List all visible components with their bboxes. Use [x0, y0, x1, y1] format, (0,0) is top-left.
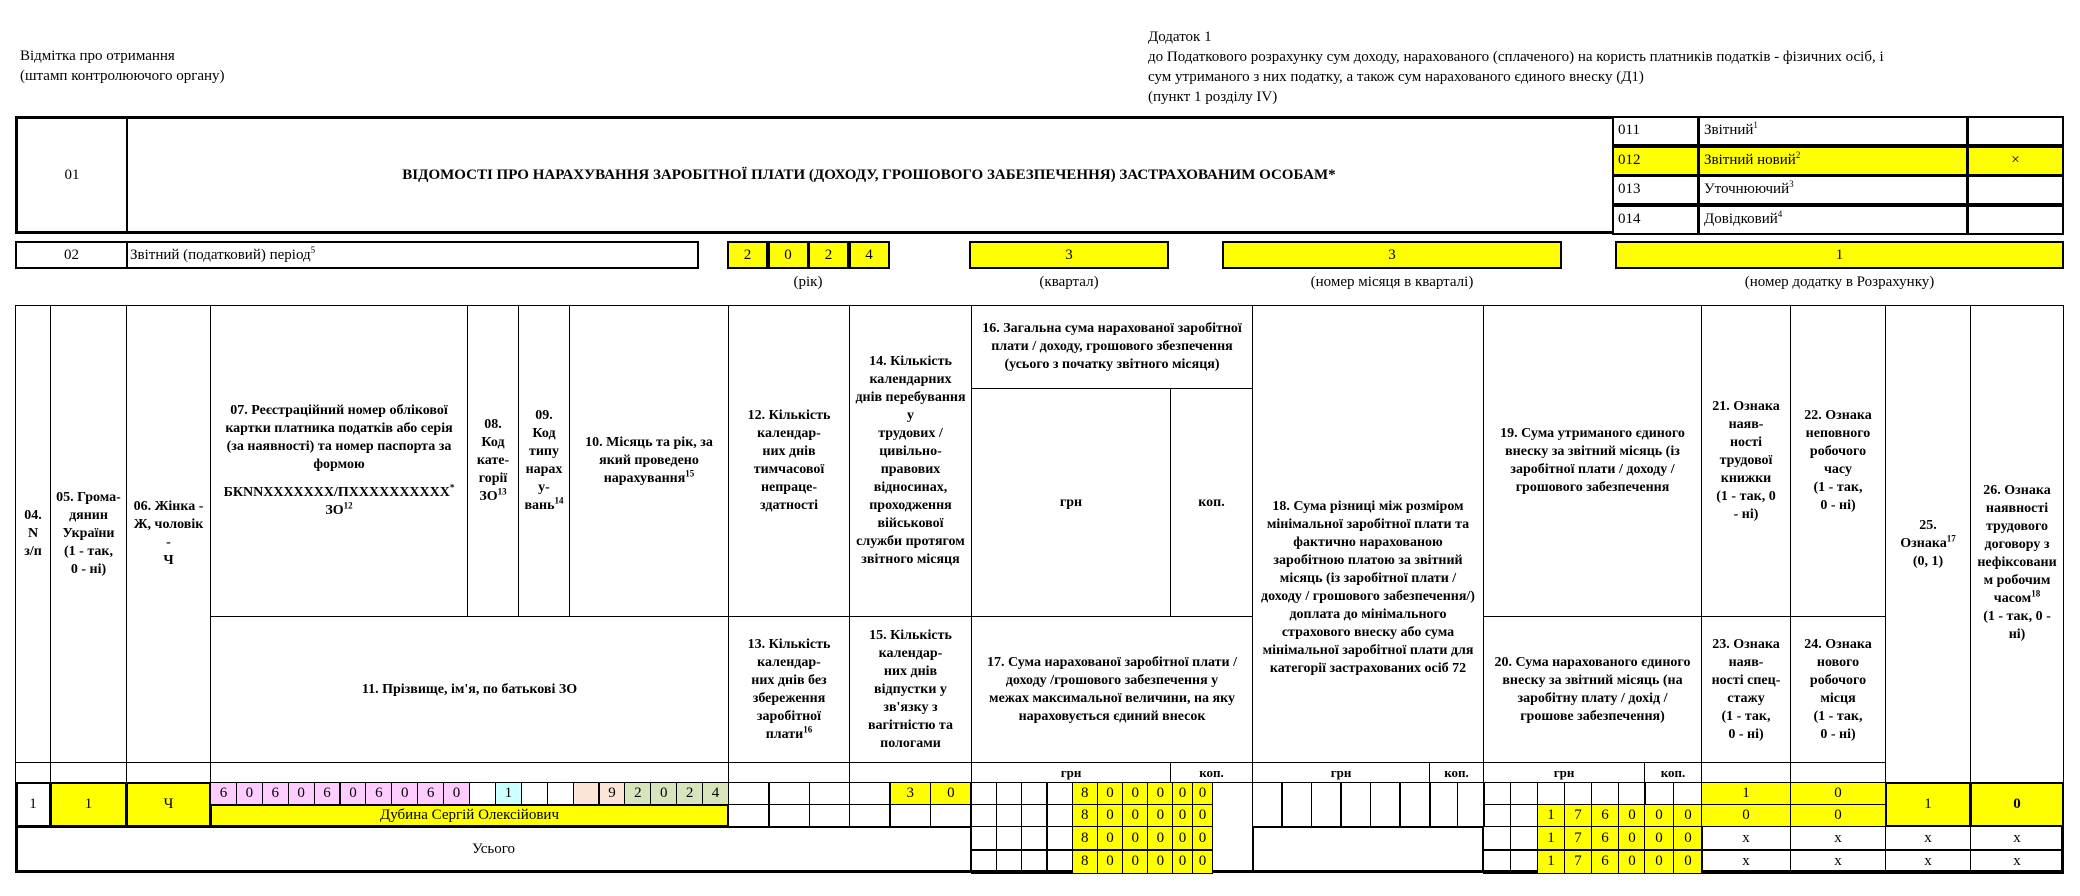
- header-col-16-uah: грн: [971, 388, 1171, 617]
- flag-25[interactable]: 1: [1885, 782, 1971, 827]
- total-accrued-uah-digit[interactable]: 0: [1097, 782, 1123, 805]
- total-contribution-uah-digit: [1510, 850, 1538, 874]
- capped-accrued-uah-digit[interactable]: 8: [1072, 804, 1098, 827]
- header-col-14: 14. Кількість календарних днів перебуван…: [849, 305, 972, 617]
- total-contribution-uah-digit: 7: [1564, 850, 1592, 874]
- sick-days-digit[interactable]: [769, 782, 810, 805]
- withheld-contribution-uah-digit[interactable]: [1591, 782, 1619, 805]
- capped-accrued-uah-digit[interactable]: 0: [1147, 804, 1173, 827]
- capped-accrued-uah-digit[interactable]: [996, 804, 1022, 827]
- total-contribution-uah-digit: 1: [1537, 850, 1565, 874]
- accrued-contribution-kop-digit[interactable]: 0: [1644, 804, 1674, 827]
- subheader-18-kop: коп.: [1429, 762, 1484, 783]
- total-c18-empty: [1252, 826, 1484, 873]
- total-contribution-uah-digit: 0: [1618, 850, 1646, 874]
- header-col-10: 10. Місяць та рік, за який проведено нар…: [569, 305, 729, 617]
- quarter-field[interactable]: 3: [969, 241, 1169, 269]
- employment-days-digit[interactable]: 3: [890, 782, 931, 805]
- tax-id-digit[interactable]: 6: [210, 782, 237, 805]
- subheader-18-uah: грн: [1252, 762, 1430, 783]
- total-amount-uah-digit: [996, 826, 1022, 850]
- total-amount-uah-digit: [1021, 850, 1047, 874]
- total-amount-kop-digit: 0: [1172, 850, 1193, 874]
- capped-accrued-uah-digit[interactable]: [971, 804, 997, 827]
- header-col-16-kop: коп.: [1170, 388, 1253, 617]
- subheader-19-uah: грн: [1483, 762, 1645, 783]
- special-service-flag[interactable]: 0: [1701, 804, 1791, 827]
- header-col-09: 09. Код типу нарах у- вань14: [518, 305, 570, 617]
- report-type-list: 011Звітний1012Звітний новий2×013Уточнююч…: [1612, 116, 2064, 234]
- header-col-15: 15. Кількість календар- них днів відпуст…: [849, 616, 972, 763]
- annex-subtitle-3: (пункт 1 розділу IV): [1148, 87, 1277, 107]
- header-col-12: 12. Кількість календар- них днів тимчасо…: [728, 305, 850, 617]
- header-col-17: 17. Сума нарахованої заробітної плати / …: [971, 616, 1253, 763]
- year-field[interactable]: 2024: [727, 241, 889, 269]
- sick-days-digit[interactable]: [809, 782, 850, 805]
- year-digit[interactable]: 0: [768, 241, 809, 269]
- total-amount-uah-digit: 8: [1072, 826, 1098, 850]
- total-contribution-uah-digit: [1483, 826, 1511, 850]
- year-digit[interactable]: 2: [727, 241, 768, 269]
- stamp-caption: (штамп контролюючого органу): [20, 66, 225, 86]
- total-accrued-uah-digit[interactable]: 0: [1122, 782, 1148, 805]
- not-applicable-mark: x: [1790, 850, 1886, 874]
- annex-number-field[interactable]: 1: [1615, 241, 2064, 269]
- employment-days-digit[interactable]: [849, 782, 890, 805]
- tax-id-digit[interactable]: 6: [262, 782, 289, 805]
- min-wage-diff-uah-digit[interactable]: [1400, 782, 1430, 827]
- total-accrued-uah-digit[interactable]: [971, 782, 997, 805]
- year-digit[interactable]: 4: [849, 241, 890, 269]
- total-contribution-uah-digit: 6: [1591, 826, 1619, 850]
- total-accrued-kop-digit[interactable]: 0: [1172, 782, 1193, 805]
- withheld-contribution-uah-digit[interactable]: [1510, 782, 1538, 805]
- header-col-08: 08. Код кате- горії ЗО13: [467, 305, 519, 617]
- full-name[interactable]: Дубина Сергій Олексійович: [210, 804, 729, 827]
- annex-title: Додаток 1: [1148, 27, 1212, 47]
- total-contribution-uah-digit: 6: [1591, 850, 1619, 874]
- total-amount-uah-digit: [971, 850, 997, 874]
- accrual-type-digit[interactable]: [547, 782, 574, 805]
- report-type-checkbox[interactable]: [1967, 205, 2064, 235]
- withheld-contribution-uah-digit[interactable]: [1564, 782, 1592, 805]
- total-contribution-uah-digit: [1483, 850, 1511, 874]
- withheld-contribution-kop-digit[interactable]: [1644, 782, 1674, 805]
- tax-id-digit[interactable]: 6: [314, 782, 341, 805]
- tax-id-digit[interactable]: 6: [365, 782, 392, 805]
- annex-number-caption: (номер додатку в Розрахунку): [1615, 272, 2064, 292]
- accrual-type-digit[interactable]: [521, 782, 548, 805]
- sick-days-digit[interactable]: [728, 782, 769, 805]
- header-col-13: 13. Кількість календар- них днів без збе…: [728, 616, 850, 763]
- total-contribution-kop-digit: 0: [1644, 850, 1674, 874]
- capped-accrued-uah-digit[interactable]: [1021, 804, 1047, 827]
- total-accrued-uah-digit[interactable]: 8: [1072, 782, 1098, 805]
- header-col-11: 11. Прізвище, ім'я, по батькові ЗО: [210, 616, 729, 763]
- subheader-17-uah: грн: [971, 762, 1171, 783]
- total-amount-uah-digit: [1047, 826, 1073, 850]
- header-col-26: 26. Ознака наявності трудового договору …: [1970, 305, 2064, 783]
- min-wage-diff-uah-digit[interactable]: [1311, 782, 1341, 827]
- header-col-16: 16. Загальна сума нарахованої заробітної…: [971, 305, 1253, 389]
- report-type-checkbox[interactable]: [1967, 175, 2064, 205]
- not-applicable-mark: x: [1701, 850, 1791, 874]
- section-01-code: 01: [18, 119, 126, 231]
- total-contribution-uah-digit: 1: [1537, 826, 1565, 850]
- header-col-20: 20. Сума нарахованого єдиного внеску за …: [1483, 616, 1702, 763]
- tax-id-digit[interactable]: 0: [443, 782, 470, 805]
- accrued-contribution-uah-digit[interactable]: 6: [1591, 804, 1619, 827]
- year-digit[interactable]: 2: [808, 241, 849, 269]
- month-in-quarter-field[interactable]: 3: [1222, 241, 1562, 269]
- min-wage-diff-uah-digit[interactable]: [1252, 782, 1282, 827]
- capped-accrued-uah-digit[interactable]: 0: [1097, 804, 1123, 827]
- total-amount-uah-digit: 0: [1097, 826, 1123, 850]
- report-type-label: Довідковий4: [1698, 205, 1968, 235]
- total-accrued-uah-digit[interactable]: [1021, 782, 1047, 805]
- not-applicable-mark: x: [1885, 850, 1971, 874]
- not-applicable-mark: x: [1701, 826, 1791, 850]
- section-01-title: ВІДОМОСТІ ПРО НАРАХУВАННЯ ЗАРОБІТНОЇ ПЛА…: [128, 119, 1610, 231]
- gender[interactable]: Ч: [126, 782, 211, 827]
- header-col-21: 21. Ознака наяв- ності трудової книжки (…: [1701, 305, 1791, 617]
- tax-id-digit[interactable]: 0: [288, 782, 315, 805]
- citizen-flag[interactable]: 1: [50, 782, 127, 827]
- unpaid-days-digit[interactable]: [809, 804, 850, 827]
- unpaid-days-digit[interactable]: [728, 804, 769, 827]
- total-amount-uah-digit: 0: [1122, 850, 1148, 874]
- capped-accrued-uah-digit[interactable]: [1047, 804, 1073, 827]
- year-digit[interactable]: 2: [624, 782, 651, 805]
- total-amount-uah-digit: [971, 826, 997, 850]
- section-02-code: 02: [17, 243, 126, 267]
- total-accrued-uah-digit[interactable]: [1047, 782, 1073, 805]
- tax-id-digit[interactable]: 0: [391, 782, 418, 805]
- min-wage-diff-kop-digit[interactable]: [1457, 782, 1485, 827]
- accrued-contribution-uah-digit[interactable]: 0: [1618, 804, 1646, 827]
- min-wage-diff-uah-digit[interactable]: [1341, 782, 1371, 827]
- withheld-contribution-kop-digit[interactable]: [1673, 782, 1703, 805]
- subheader-17-kop: коп.: [1170, 762, 1253, 783]
- capped-accrued-kop-digit[interactable]: 0: [1172, 804, 1193, 827]
- total-contribution-uah-digit: 0: [1618, 826, 1646, 850]
- report-type-code: 013: [1612, 175, 1699, 205]
- total-amount-uah-digit: [1047, 850, 1073, 874]
- stamp-label: Відмітка про отримання: [20, 46, 175, 66]
- total-amount-uah-digit: 0: [1147, 850, 1173, 874]
- header-col-07: 07. Реєстраційний номер облікової картки…: [210, 305, 468, 617]
- withheld-contribution-uah-digit[interactable]: [1483, 782, 1511, 805]
- month-digit[interactable]: [573, 782, 600, 805]
- not-applicable-mark: x: [1790, 826, 1886, 850]
- maternity-days-digit[interactable]: [849, 804, 890, 827]
- total-amount-uah-digit: 0: [1122, 826, 1148, 850]
- total-amount-uah-digit: 0: [1097, 850, 1123, 874]
- subheader-19-kop: коп.: [1644, 762, 1702, 783]
- total-contribution-kop-digit: 0: [1673, 826, 1703, 850]
- not-applicable-mark: x: [1885, 826, 1971, 850]
- report-type-code: 011: [1612, 116, 1699, 146]
- report-type-checkbox[interactable]: ×: [1967, 146, 2064, 176]
- header-col-04: 04. N з/п: [15, 305, 51, 763]
- unpaid-days-digit[interactable]: [769, 804, 810, 827]
- tax-id-digit[interactable]: 0: [340, 782, 367, 805]
- report-type-checkbox[interactable]: [1967, 116, 2064, 146]
- total-amount-uah-digit: 8: [1072, 850, 1098, 874]
- annex-subtitle-2: сум утриманого з них податку, а також су…: [1148, 67, 1644, 87]
- header-col-05: 05. Грома- дянин України (1 - так, 0 - н…: [50, 305, 127, 763]
- part-time-flag[interactable]: 0: [1790, 782, 1886, 805]
- quarter-caption: (квартал): [969, 272, 1169, 292]
- total-amount-kop-digit: 0: [1172, 826, 1193, 850]
- tax-id-digit[interactable]: 0: [236, 782, 263, 805]
- withheld-contribution-uah-digit[interactable]: [1618, 782, 1646, 805]
- accrued-contribution-uah-digit[interactable]: 7: [1564, 804, 1592, 827]
- total-amount-uah-digit: [996, 850, 1022, 874]
- category-code-digit[interactable]: [469, 782, 496, 805]
- min-wage-diff-kop-digit[interactable]: [1430, 782, 1458, 827]
- total-amount-uah-digit: 0: [1147, 826, 1173, 850]
- min-wage-diff-uah-digit[interactable]: [1370, 782, 1400, 827]
- year-digit[interactable]: 2: [676, 782, 703, 805]
- header-col-24: 24. Ознака нового робочого місця (1 - та…: [1790, 616, 1886, 763]
- header-col-06: 06. Жінка - Ж, чоловік - Ч: [126, 305, 211, 763]
- year-digit[interactable]: 4: [702, 782, 729, 805]
- header-col-22: 22. Ознака неповного робочого часу (1 - …: [1790, 305, 1886, 617]
- row-number: 1: [15, 782, 51, 827]
- maternity-days-digit[interactable]: [890, 804, 931, 827]
- total-accrued-kop-digit[interactable]: 0: [1192, 782, 1213, 805]
- capped-accrued-uah-digit[interactable]: 0: [1122, 804, 1148, 827]
- total-contribution-uah-digit: [1510, 826, 1538, 850]
- maternity-days-digit[interactable]: [930, 804, 971, 827]
- header-col-25: 25. Ознака17(0, 1): [1885, 305, 1971, 783]
- total-amount-uah-digit: [1021, 826, 1047, 850]
- total-accrued-uah-digit[interactable]: 0: [1147, 782, 1173, 805]
- header-col-18: 18. Сума різниці між розміром мінімально…: [1252, 305, 1484, 763]
- annex-subtitle-1: до Податкового розрахунку сум доходу, на…: [1148, 47, 1884, 67]
- tax-id-digit[interactable]: 6: [417, 782, 444, 805]
- total-contribution-kop-digit: 0: [1673, 850, 1703, 874]
- header-col-19: 19. Сума утриманого єдиного внеску за зв…: [1483, 305, 1702, 617]
- month-in-quarter-caption: (номер місяця в кварталі): [1222, 272, 1562, 292]
- year-digit[interactable]: 0: [650, 782, 677, 805]
- total-contribution-kop-digit: 0: [1644, 826, 1674, 850]
- not-applicable-mark: x: [1970, 826, 2064, 850]
- accrued-contribution-uah-digit[interactable]: [1483, 804, 1511, 827]
- total-amount-kop-digit: 0: [1192, 826, 1213, 850]
- tax-id-and-codes: 6060606060192024: [210, 782, 729, 805]
- new-workplace-flag[interactable]: 0: [1790, 804, 1886, 827]
- flag-26[interactable]: 0: [1970, 782, 2064, 827]
- not-applicable-mark: x: [1970, 850, 2064, 874]
- employment-days-digit[interactable]: 0: [930, 782, 971, 805]
- header-col-23: 23. Ознака наяв- ності спец- стажу (1 - …: [1701, 616, 1791, 763]
- year-caption: (рік): [727, 272, 889, 292]
- report-type-label: Звітний новий2: [1698, 146, 1968, 176]
- accrued-contribution-uah-digit[interactable]: [1510, 804, 1538, 827]
- report-type-code: 012: [1612, 146, 1699, 176]
- accrued-contribution-kop-digit[interactable]: 0: [1673, 804, 1703, 827]
- total-accrued-uah-digit[interactable]: [996, 782, 1022, 805]
- capped-accrued-kop-digit[interactable]: 0: [1192, 804, 1213, 827]
- report-type-label: Звітний1: [1698, 116, 1968, 146]
- reporting-period-label: Звітний (податковий) період5: [130, 243, 315, 267]
- withheld-contribution-uah-digit[interactable]: [1537, 782, 1565, 805]
- report-type-label: Уточнюючий3: [1698, 175, 1968, 205]
- total-contribution-uah-digit: 7: [1564, 826, 1592, 850]
- category-code-digit[interactable]: 1: [495, 782, 522, 805]
- total-amount-kop-digit: 0: [1192, 850, 1213, 874]
- total-label: Усього: [15, 826, 972, 873]
- work-book-flag[interactable]: 1: [1701, 782, 1791, 805]
- report-type-code: 014: [1612, 205, 1699, 235]
- accrued-contribution-uah-digit[interactable]: 1: [1537, 804, 1565, 827]
- min-wage-diff-uah-digit[interactable]: [1282, 782, 1312, 827]
- month-digit[interactable]: 9: [599, 782, 626, 805]
